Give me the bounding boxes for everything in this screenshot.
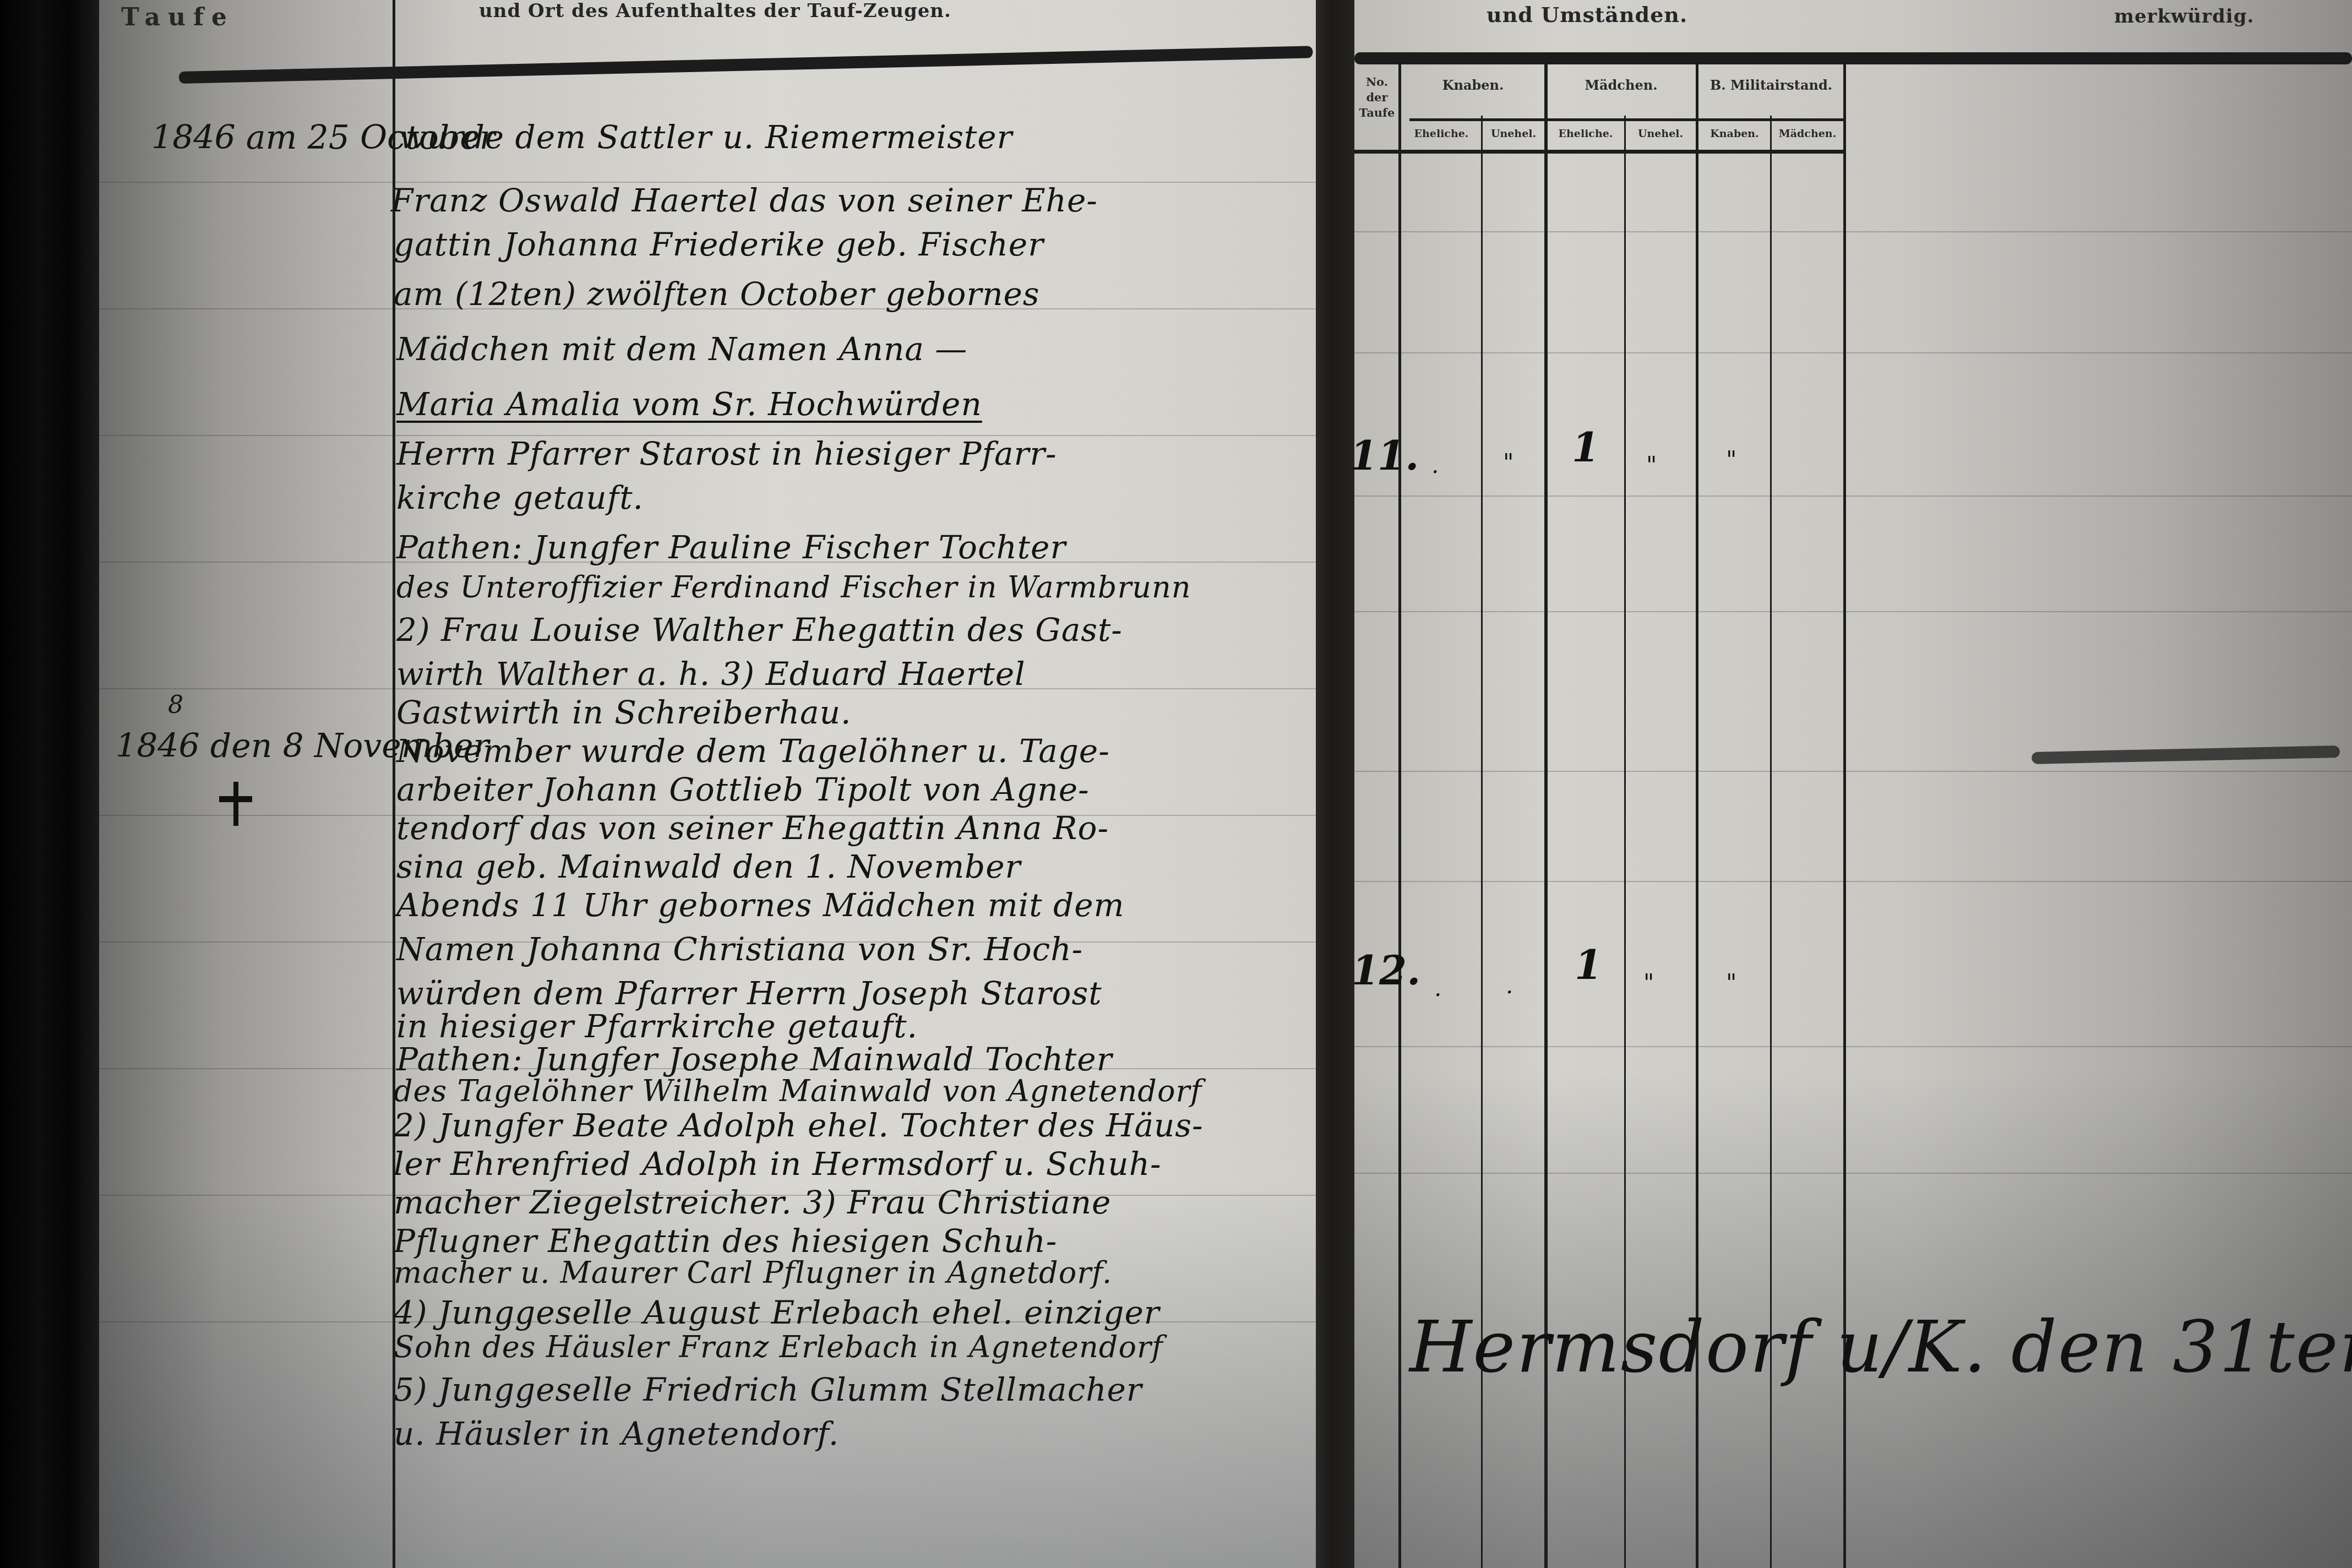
entry-2-line: 4) Junggeselle August Erlebach ehel. ein… (394, 1294, 1160, 1331)
header-rule-right (1354, 52, 2352, 64)
col-no (1398, 63, 1401, 1568)
entry-1-line: Franz Oswald Haertel das von seiner Ehe- (391, 182, 1098, 219)
row-12-maedchen-ehel: 1 (1575, 941, 1602, 988)
col-group-knaben: Knaben. (1403, 77, 1543, 93)
row-11-knaben-unehel: " (1503, 449, 1513, 476)
entry-1-line: gattin Johanna Friederike geb. Fischer (394, 226, 1044, 263)
entry-2-line: würden dem Pfarrer Herrn Joseph Starost (396, 974, 1102, 1012)
entry-2-line: tendorf das von seiner Ehegattin Anna Ro… (396, 809, 1109, 847)
closing-signature: Hermsdorf u/K. den 31ten December 18 (1409, 1305, 2352, 1389)
header-umstaende: und Umständen. (1487, 2, 1687, 27)
table-subheader-rule (1409, 118, 1844, 121)
entry-2-line: sina geb. Mainwald den 1. November (396, 848, 1021, 885)
table-header-bottom-rule (1354, 150, 1844, 154)
row-11-maedchen-unehel: " (1646, 451, 1657, 478)
entry-1-line: des Unteroffizier Ferdinand Fischer in W… (396, 570, 1191, 605)
entry-2-line: Sohn des Häusler Franz Erlebach in Agnet… (394, 1330, 1163, 1364)
entry-2-line: Pflugner Ehegattin des hiesigen Schuh- (394, 1222, 1057, 1260)
row-11-maedchen-ehel: 1 (1572, 424, 1599, 471)
entry-2-line: Namen Johanna Christiana von Sr. Hoch- (396, 930, 1083, 968)
entry-2-line: 2) Jungfer Beate Adolph ehel. Tochter de… (394, 1107, 1204, 1144)
entry-1-line: wurde dem Sattler u. Riemermeister (399, 118, 1012, 156)
entry-1-line: Herrn Pfarrer Starost in hiesiger Pfarr- (396, 435, 1057, 472)
col-sub-mil-maedchen: Mädchen. (1773, 128, 1842, 140)
header-tauf-zeugen: und Ort des Aufenthaltes der Tauf-Zeugen… (479, 0, 951, 22)
header-taufe: Taufe (121, 3, 235, 31)
row-12-maedchen-unehel: " (1643, 969, 1654, 996)
entry-1-line: kirche getauft. (396, 479, 644, 516)
entry-2-line: arbeiter Johann Gottlieb Tipolt von Agne… (396, 771, 1090, 808)
row-12-knaben-unehel: . (1506, 972, 1513, 999)
header-merkwuerdig: merkwürdig. (2114, 6, 2254, 28)
entry-2-line: 5) Junggeselle Friedrich Glumm Stellmach… (394, 1371, 1142, 1408)
col-group-militair: B. Militairstand. (1700, 77, 1842, 93)
col-sub-knaben-ehel: Eheliche. (1403, 128, 1480, 140)
entry-1-line: Gastwirth in Schreiberhau. (396, 694, 851, 731)
entry-1-line: Pathen: Jungfer Pauline Fischer Tochter (396, 529, 1066, 566)
col-sub-maedchen-unehel: Unehel. (1627, 128, 1694, 140)
entry-1-line: wirth Walther a. h. 3) Eduard Haertel (396, 655, 1026, 693)
col-sub-mil-knaben: Knaben. (1700, 128, 1769, 140)
entry-2-line: des Tagelöhner Wilhelm Mainwald von Agne… (394, 1074, 1202, 1108)
entry-1-line: am (12ten) zwölften October gebornes (394, 275, 1040, 313)
col-sub-maedchen-ehel: Eheliche. (1548, 128, 1623, 140)
col-group-maedchen: Mädchen. (1548, 77, 1694, 93)
entry-2-line: Abends 11 Uhr gebornes Mädchen mit dem (396, 886, 1125, 924)
entry-2-line: ler Ehrenfried Adolph in Hermsdorf u. Sc… (394, 1145, 1162, 1183)
row-12-no: 12. (1352, 947, 1420, 994)
entry-1-line: Mädchen mit dem Namen Anna — (396, 330, 967, 368)
row-11-knaben-ehel: . (1431, 451, 1439, 478)
row-11-no: 11. (1350, 432, 1419, 479)
entry-2-line: November wurde dem Tagelöhner u. Tage- (396, 732, 1110, 770)
row-12-mil-knaben: " (1726, 969, 1736, 996)
entry-2-line: u. Häusler in Agnetendorf. (394, 1415, 839, 1452)
col-sub-knaben-unehel: Unehel. (1483, 128, 1544, 140)
entry-2-line: in hiesiger Pfarrkirche getauft. (396, 1008, 918, 1045)
col-header-no: No. der Taufe (1355, 74, 1398, 121)
entry-2-line: macher u. Maurer Carl Pflugner in Agnetd… (394, 1255, 1112, 1290)
row-12-knaben-ehel: . (1434, 974, 1441, 1001)
cross-icon (219, 782, 252, 826)
entry-1-line: 2) Frau Louise Walther Ehegattin des Gas… (396, 611, 1123, 649)
entry-2-line: Pathen: Jungfer Josephe Mainwald Tochter (396, 1041, 1112, 1078)
entry-2-line: macher Ziegelstreicher. 3) Frau Christia… (394, 1184, 1111, 1221)
book-gutter (1316, 0, 1354, 1568)
book-binding (0, 0, 99, 1568)
entry-2-number: 8 (168, 691, 183, 719)
entry-1-line: Maria Amalia vom Sr. Hochwürden (396, 385, 982, 423)
row-11-mil-knaben: " (1726, 446, 1736, 473)
